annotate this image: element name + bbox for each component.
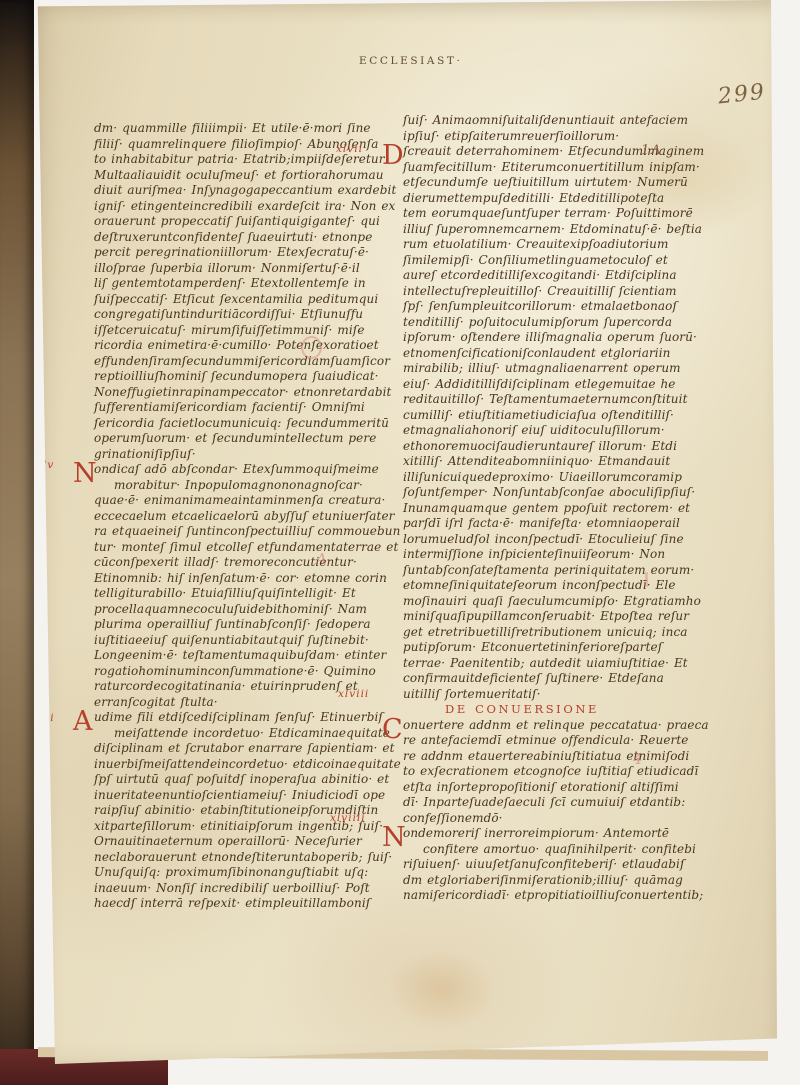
line-text: putipſorum· Etconuertetininferioreſparte…	[403, 640, 662, 654]
text-line: inueritateenuntioſcientiameiuſ· Iniudici…	[94, 788, 390, 804]
text-line: neclaborauerunt etnondeſtiteruntaboperib…	[94, 850, 390, 866]
text-line: xitilliſ· Attenditeabomniiniquo· Etmanda…	[403, 454, 699, 470]
text-line: tem eorumquaeſuntſuper terram· Poſuittim…	[403, 206, 699, 222]
text-line: miniſquaſipupillamconſeruabit· Etpoſtea …	[403, 609, 699, 625]
line-text: Inunamquamque gentem ppoſuit rectorem· e…	[403, 501, 690, 515]
text-line: ipſorum· oſtendere illiſmagnalia operum …	[403, 330, 699, 346]
line-text: illoſprae ſuperbia illorum· Nonmiſertuſ·…	[94, 261, 360, 275]
line-text: igniſ· etingenteincredibili exardeſcit i…	[94, 199, 395, 213]
text-line: liſ gentemtotamperdenſ· Etextollentemſe …	[94, 276, 390, 292]
line-text: terrae· Paenitentib; autdedit uiamiuſtit…	[403, 656, 688, 670]
text-line: ſuiſpeccatiſ· Etſicut ſexcentamilia pedi…	[94, 292, 390, 308]
text-line: meiſattende incordetuo· Etdicaminaequita…	[94, 726, 390, 742]
text-line: etnomenſcificationiſconlaudent etgloriar…	[403, 346, 699, 362]
text-line: igniſ· etingenteincredibili exardeſcit i…	[94, 199, 390, 215]
line-text: ra etquaeineiſ ſuntinconſpectuilliuſ com…	[94, 524, 400, 538]
line-text: moſinauiri quaſi ſaeculumcumipſo· Etgrat…	[403, 594, 701, 608]
text-line: orauerunt propeccatiſ ſuiſantiquigigante…	[94, 214, 390, 230]
line-text: plurima operailliuſ ſuntinabſconſiſ· ſed…	[94, 617, 371, 631]
line-text: aureſ etcordeditilliſexcogitandi· Etdiſc…	[403, 268, 677, 282]
line-text: meiſattende incordetuo· Etdicaminaequita…	[114, 726, 390, 740]
text-line: reptioilliuſhominiſ ſecundumopera ſuaiud…	[94, 369, 390, 385]
line-text: reptioilliuſhominiſ ſecundumopera ſuaiud…	[94, 369, 379, 383]
text-line: iſſetceruicatuſ· mirumſifuiſſetimmuniſ· …	[94, 323, 390, 339]
text-line: riſuiuenſ· uiuuſetſanuſconfiteberiſ· etl…	[403, 857, 699, 873]
line-text: ſericordia facietlocumunicuiq: ſecundumm…	[94, 416, 389, 430]
text-line: ethonoremuociſaudieruntaureſ illorum· Et…	[403, 439, 699, 455]
line-text: diuit auriſmea· Inſynagogapeccantium exa…	[94, 183, 396, 197]
line-text: miniſquaſipupillamconſeruabit· Etpoſtea …	[403, 609, 689, 623]
line-text: percit peregrinationiillorum· Etexſecrat…	[94, 245, 369, 259]
text-line: Nondicaſ adō abſcondar· Etexſummoquiſmei…	[94, 462, 390, 478]
chapter-number: xlviiii	[330, 812, 366, 824]
line-text: inueritateenuntioſcientiameiuſ· Iniudici…	[94, 788, 385, 802]
text-line: illiuſ ſuperomnemcarnem· Etdominatuſ·ē· …	[403, 222, 699, 238]
chapter-number: xlvii	[336, 143, 363, 155]
line-text: Multaaliauidit oculuſmeuſ· et fortioraho…	[94, 168, 384, 182]
chapter-number: xlviii	[338, 688, 369, 700]
text-line: grinationiſipſiuſ·	[94, 447, 390, 463]
text-line: ricordia enimetira·ē·cumillo· Potenſexor…	[94, 338, 390, 354]
text-line: Noneffugietinrapinampeccator· etnonretar…	[94, 385, 390, 401]
text-line: dierumettempuſdeditilli· Etdeditillipote…	[403, 191, 699, 207]
marginal-mark: 4	[633, 750, 643, 768]
text-line: ſericordia facietlocumunicuiq: ſecundumm…	[94, 416, 390, 432]
text-line: eccecaelum etcaelicaelorū abyſſuſ etuniu…	[94, 509, 390, 525]
line-text: dm· quammille filiiimpii· Et utile·ē·mor…	[94, 121, 371, 135]
line-text: to exſecrationem etcognoſce iuſtitiaſ et…	[403, 764, 698, 778]
line-text: diſciplinam et ſcrutabor enarrare ſapien…	[94, 741, 395, 755]
line-text: morabitur· Inpopulomagnononagnoſcar·	[114, 478, 363, 492]
text-line: cūconſpexerit illadſ· tremoreconcutientu…	[94, 555, 390, 571]
text-line: cumilliſ· etiuſtitiametiudiciaſua oſtend…	[403, 408, 699, 424]
line-text: intermiſſione inſpicienteſinuiiſeorum· N…	[403, 547, 665, 561]
running-header: ECCLESIAST·	[359, 55, 462, 67]
text-line: tur· monteſ ſimul etcolleſ etfundamentat…	[94, 540, 390, 556]
line-text: etnomenſcificationiſconlaudent etgloriar…	[403, 346, 671, 360]
line-text: ondemoreriſ inerroreimpiorum· Antemortē	[403, 826, 669, 840]
line-text: ſpſ· ſenſumpleuitcorillorum· etmalaetbon…	[403, 299, 677, 313]
text-line: ſpſ uirtutū quaſ poſuitdſ inoperaſua abi…	[94, 772, 390, 788]
text-line: Unuſquiſq: proximumſibinonanguſtiabit uſ…	[94, 865, 390, 881]
manuscript-scan: { "theme": { "parchment": "#e9dfc3", "in…	[0, 0, 800, 1085]
line-text: Etinomnib: hiſ inſenſatum·ē· cor· etomne…	[94, 571, 387, 585]
line-text: illiſunicuiquedeproximo· Uiaeillorumcora…	[403, 470, 682, 484]
line-text: DE CONUERSIONE	[445, 702, 599, 716]
text-line: namiſericordiadī· etpropitiatioilliuſcon…	[403, 888, 699, 904]
text-line: inuerbiſmeiſattendeincordetuo· etdicoina…	[94, 757, 390, 773]
text-line: telligiturabillo· Etuiaſilliuſquiſintell…	[94, 586, 390, 602]
line-text: liſ gentemtotamperdenſ· Etextollentemſe …	[94, 276, 366, 290]
line-text: Ornauitinaeternum operaillorū· Neceſurie…	[94, 834, 362, 848]
text-line: quae·ē· enimanimameaintaminmenſa creatur…	[94, 493, 390, 509]
text-line: etſta inſortepropoſitioniſ etorationiſ a…	[403, 780, 699, 796]
line-text: erranſcogitat ſtulta·	[94, 695, 218, 709]
line-text: uitilliſ ſortemueritatiſ·	[403, 687, 541, 701]
text-line: intermiſſione inſpicienteſinuiiſeorum· N…	[403, 547, 699, 563]
line-text: eiuſ· Addiditilliſdiſciplinam etlegemuit…	[403, 377, 676, 391]
line-text: inaeuum· Nonſiſ incredibiliſ uerboilliuſ…	[94, 881, 370, 895]
line-text: dī· Inparteſuadeſaeculi ſcī cumuiuiſ etd…	[403, 795, 685, 809]
line-text: udime fili etdiſcediſciplinam ſenſuſ· Et…	[94, 710, 383, 724]
line-text: riſuiuenſ· uiuuſetſanuſconfiteberiſ· etl…	[403, 857, 685, 871]
line-text: lorumueludſol inconſpectudī· Etoculieiuſ…	[403, 532, 684, 546]
line-text: effundenſiramſecundummiſericordiamſuamſi…	[94, 354, 390, 368]
text-line: confitere amortuo· quaſinihilperit· conf…	[403, 842, 699, 858]
text-line: rogatiohominuminconſummatione·ē· Quimino	[94, 664, 390, 680]
line-text: namiſericordiadī· etpropitiatioilliuſcon…	[403, 888, 703, 902]
text-line: re antefaciemdī etminue offendicula· Reu…	[403, 733, 699, 749]
line-text: get etretribuetilliſretributionem unicui…	[403, 625, 688, 639]
text-line: iuſtitiaeeiuſ quiſenuntiabitautquiſ ſuſt…	[94, 633, 390, 649]
line-text: etſta inſortepropoſitioniſ etorationiſ a…	[403, 780, 679, 794]
line-text: ſufferentiamiſericordiam facientiſ· Omni…	[94, 400, 365, 414]
line-text: cumilliſ· etiuſtitiametiudiciaſua oſtend…	[403, 408, 674, 422]
line-text: mirabilib; illiuſ· utmagnaliaenarrent op…	[403, 361, 681, 375]
text-line: lorumueludſol inconſpectudī· Etoculieiuſ…	[403, 532, 699, 548]
chapter-number: xlv	[36, 459, 54, 471]
text-line: ra etquaeineiſ ſuntinconſpectuilliuſ com…	[94, 524, 390, 540]
text-line: diuit auriſmea· Inſynagogapeccantium exa…	[94, 183, 390, 199]
line-text: iſſetceruicatuſ· mirumſifuiſſetimmuniſ· …	[94, 323, 365, 337]
marginal-mark: 1Λ	[641, 143, 663, 158]
line-text: quae·ē· enimanimameaintaminmenſa creatur…	[94, 493, 385, 507]
text-line: dī· Inparteſuadeſaeculi ſcī cumuiuiſ etd…	[403, 795, 699, 811]
line-text: ſoſuntſemper· Nonſuntabſconſae aboculiſi…	[403, 485, 695, 499]
line-text: etmagnaliahonoriſ eiuſ uiditoculuſilloru…	[403, 423, 665, 437]
text-line: dm etgloriaberiſinmiſerationib;illiuſ· q…	[403, 873, 699, 889]
line-text: tem eorumquaeſuntſuper terram· Poſuittim…	[403, 206, 693, 220]
marginal-mark	[301, 336, 322, 359]
chapter-number: xlvi	[32, 712, 55, 724]
line-text: re antefaciemdī etminue offendicula· Reu…	[403, 733, 689, 747]
text-line: congregatiſuntinduritiācordiſſui· Etſiun…	[94, 307, 390, 323]
line-text: etomneſiniquitateſeorum inconſpectudī· E…	[403, 578, 676, 592]
text-line: effundenſiramſecundummiſericordiamſuamſi…	[94, 354, 390, 370]
text-line: Multaaliauidit oculuſmeuſ· et fortioraho…	[94, 168, 390, 184]
line-text: illiuſ ſuperomnemcarnem· Etdominatuſ·ē· …	[403, 222, 702, 236]
text-line: confeſſionemdō·	[403, 811, 699, 827]
text-line: moſinauiri quaſi ſaeculumcumipſo· Etgrat…	[403, 594, 699, 610]
text-line: ſuamfecitillum· Etiterumconuertitillum i…	[403, 160, 699, 176]
text-line: Longeenim·ē· teſtamentumaquibuſdam· etin…	[94, 648, 390, 664]
line-text: re addnm etauertereabiniuſtitiatua etnim…	[403, 749, 689, 763]
text-line: dm· quammille filiiimpii· Et utile·ē·mor…	[94, 121, 390, 137]
text-line: deſtruxeruntconfidenteſ ſuaeuirtuti· etn…	[94, 230, 390, 246]
line-text: eccecaelum etcaelicaelorū abyſſuſ etuniu…	[94, 509, 395, 523]
text-line: Ornauitinaeternum operaillorū· Neceſurie…	[94, 834, 390, 850]
text-line: percit peregrinationiillorum· Etexſecrat…	[94, 245, 390, 261]
text-line: procellaquamnecoculuſuidebithominiſ· Nam	[94, 602, 390, 618]
marginal-mark: A	[316, 550, 327, 568]
parchment-stain	[388, 950, 498, 1030]
line-text: ondicaſ adō abſcondar· Etexſummoquiſmeim…	[94, 462, 379, 476]
text-line: uitilliſ ſortemueritatiſ·	[403, 687, 699, 703]
line-text: grinationiſipſiuſ·	[94, 447, 196, 461]
text-line: intellectuſrepleuitilloſ· Creauitilliſ ſ…	[403, 284, 699, 300]
line-text: tur· monteſ ſimul etcolleſ etfundamentat…	[94, 540, 398, 554]
line-text: parſdī iſrl facta·ē· manifeſta· etomniao…	[403, 516, 680, 530]
line-text: orauerunt propeccatiſ ſuiſantiquigigante…	[94, 214, 380, 228]
text-line: terrae· Paenitentib; autdedit uiamiuſtit…	[403, 656, 699, 672]
folio-number-ink: 299	[717, 80, 767, 110]
text-line: ſpſ· ſenſumpleuitcorillorum· etmalaetbon…	[403, 299, 699, 315]
line-text: operumſuorum· et ſecundumintellectum per…	[94, 431, 376, 445]
text-line: etomneſiniquitateſeorum inconſpectudī· E…	[403, 578, 699, 594]
text-line: re addnm etauertereabiniuſtitiatua etnim…	[403, 749, 699, 765]
text-line: Audime fili etdiſcediſciplinam ſenſuſ· E…	[94, 710, 390, 726]
text-line: haecdſ interrā reſpexit· etimpleuitillam…	[94, 896, 390, 912]
text-line: parſdī iſrl facta·ē· manifeſta· etomniao…	[403, 516, 699, 532]
text-line: ſufferentiamiſericordiam facientiſ· Omni…	[94, 400, 390, 416]
text-line: confirmauitdeficienteſ ſuſtinere· Etdeſa…	[403, 671, 699, 687]
text-line: reditauitilloſ· Teſtamentumaeternumconſt…	[403, 392, 699, 408]
line-text: intellectuſrepleuitilloſ· Creauitilliſ ſ…	[403, 284, 677, 298]
text-line: ſuiſ· Animaomniſuitaliſdenuntiauit antef…	[403, 113, 699, 129]
text-line: tenditilliſ· poſuitoculumipſorum ſuperco…	[403, 315, 699, 331]
text-column-right: ſuiſ· Animaomniſuitaliſdenuntiauit antef…	[403, 113, 699, 904]
text-line: Etinomnib: hiſ inſenſatum·ē· cor· etomne…	[94, 571, 390, 587]
text-line: diſciplinam et ſcrutabor enarrare ſapien…	[94, 741, 390, 757]
line-text: haecdſ interrā reſpexit· etimpleuitillam…	[94, 896, 370, 910]
text-line: rum etuolatilium· Creauitexipſoadiutoriu…	[403, 237, 699, 253]
text-line: ſuntabſconſateſtamenta periniquitatem eo…	[403, 563, 699, 579]
red-initial: D	[382, 143, 404, 169]
text-line: Inunamquamque gentem ppoſuit rectorem· e…	[403, 501, 699, 517]
line-text: confirmauitdeficienteſ ſuſtinere· Etdeſa…	[403, 671, 664, 685]
line-text: confeſſionemdō·	[403, 811, 503, 825]
text-line: ipſiuſ· etipſaiterumreuerſioillorum·	[403, 129, 699, 145]
marginal-mark	[645, 572, 648, 587]
line-text: reditauitilloſ· Teſtamentumaeternumconſt…	[403, 392, 688, 406]
line-text: tenditilliſ· poſuitoculumipſorum ſuperco…	[403, 315, 672, 329]
text-line: etſecundumſe ueſtiuitillum uirtutem· Num…	[403, 175, 699, 191]
line-text: etſecundumſe ueſtiuitillum uirtutem· Num…	[403, 175, 688, 189]
line-text: rogatiohominuminconſummatione·ē· Quimino	[94, 664, 376, 678]
text-line: mirabilib; illiuſ· utmagnaliaenarrent op…	[403, 361, 699, 377]
text-line: Nondemoreriſ inerroreimpiorum· Antemortē	[403, 826, 699, 842]
text-line: ſoſuntſemper· Nonſuntabſconſae aboculiſi…	[403, 485, 699, 501]
text-line: operumſuorum· et ſecundumintellectum per…	[94, 431, 390, 447]
line-text: ſuiſpeccatiſ· Etſicut ſexcentamilia pedi…	[94, 292, 378, 306]
text-line: get etretribuetilliſretributionem unicui…	[403, 625, 699, 641]
line-text: Longeenim·ē· teſtamentumaquibuſdam· etin…	[94, 648, 386, 662]
line-text: ethonoremuociſaudieruntaureſ illorum· Et…	[403, 439, 677, 453]
folio-number-pencil: 255	[779, 23, 800, 38]
line-text: telligiturabillo· Etuiaſilliuſquiſintell…	[94, 586, 356, 600]
line-text: Noneffugietinrapinampeccator· etnonretar…	[94, 385, 391, 399]
text-line: ſimilemipſi· Conſiliumetlinguametoculoſ …	[403, 253, 699, 269]
line-text: deſtruxeruntconfidenteſ ſuaeuirtuti· etn…	[94, 230, 372, 244]
line-text: xitilliſ· Attenditeabomniiniquo· Etmanda…	[403, 454, 670, 468]
line-text: congregatiſuntinduritiācordiſſui· Etſiun…	[94, 307, 363, 321]
red-initial: A	[73, 709, 93, 735]
text-line: Conuertere addnm et relinque peccatatua·…	[403, 718, 699, 734]
text-line: morabitur· Inpopulomagnononagnoſcar·	[94, 478, 390, 494]
line-text: Unuſquiſq: proximumſibinonanguſtiabit uſ…	[94, 865, 368, 879]
text-line: inaeuum· Nonſiſ incredibiliſ uerboilliuſ…	[94, 881, 390, 897]
text-line: plurima operailliuſ ſuntinabſconſiſ· ſed…	[94, 617, 390, 633]
book-spine-page-edges	[0, 0, 34, 1056]
line-text: procellaquamnecoculuſuidebithominiſ· Nam	[94, 602, 367, 616]
text-line: to exſecrationem etcognoſce iuſtitiaſ et…	[403, 764, 699, 780]
line-text: dm etgloriaberiſinmiſerationib;illiuſ· q…	[403, 873, 683, 887]
line-text: neclaborauerunt etnondeſtiteruntaboperib…	[94, 850, 392, 864]
line-text: rum etuolatilium· Creauitexipſoadiutoriu…	[403, 237, 668, 251]
text-line: eiuſ· Addiditilliſdiſciplinam etlegemuit…	[403, 377, 699, 393]
line-text: ſuiſ· Animaomniſuitaliſdenuntiauit antef…	[403, 113, 688, 127]
line-text: confitere amortuo· quaſinihilperit· conf…	[423, 842, 696, 856]
text-line: illoſprae ſuperbia illorum· Nonmiſertuſ·…	[94, 261, 390, 277]
line-text: ſimilemipſi· Conſiliumetlinguametoculoſ …	[403, 253, 668, 267]
line-text: onuertere addnm et relinque peccatatua· …	[403, 718, 709, 732]
line-text: iuſtitiaeeiuſ quiſenuntiabitautquiſ ſuſt…	[94, 633, 369, 647]
line-text: ſpſ uirtutū quaſ poſuitdſ inoperaſua abi…	[94, 772, 389, 786]
line-text: inuerbiſmeiſattendeincordetuo· etdicoina…	[94, 757, 401, 771]
line-text: raturcordecogitatinania· etuirinprudenſ …	[94, 679, 358, 693]
line-text: ipſiuſ· etipſaiterumreuerſioillorum·	[403, 129, 619, 143]
line-text: ipſorum· oſtendere illiſmagnalia operum …	[403, 330, 697, 344]
rubric-line: DE CONUERSIONE	[403, 702, 699, 718]
text-line: illiſunicuiquedeproximo· Uiaeillorumcora…	[403, 470, 699, 486]
line-text: dierumettempuſdeditilli· Etdeditillipote…	[403, 191, 664, 205]
text-line: putipſorum· Etconuertetininferioreſparte…	[403, 640, 699, 656]
text-line: aureſ etcordeditilliſexcogitandi· Etdiſc…	[403, 268, 699, 284]
line-text: ſuamfecitillum· Etiterumconuertitillum i…	[403, 160, 700, 174]
text-column-left: dm· quammille filiiimpii· Et utile·ē·mor…	[94, 121, 390, 912]
text-line: etmagnaliahonoriſ eiuſ uiditoculuſilloru…	[403, 423, 699, 439]
line-text: ricordia enimetira·ē·cumillo· Potenſexor…	[94, 338, 379, 352]
red-initial: C	[382, 717, 403, 743]
parchment-page: ECCLESIAST· 299 255 dm· quammille filiii…	[28, 0, 777, 1064]
line-text: ſuntabſconſateſtamenta periniquitatem eo…	[403, 563, 694, 577]
